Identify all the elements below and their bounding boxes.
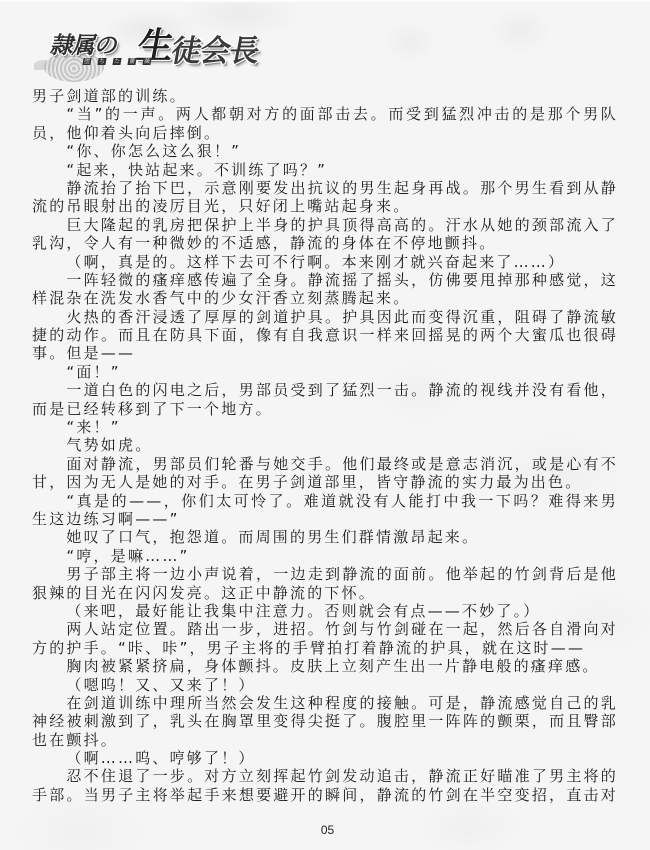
text-line: 手部。当男子主将举起手来想要避开的瞬间，静流的竹剑在半空变招，直击对 <box>32 786 618 804</box>
text-line: （来吧，最好能让我集中注意力。否则就会有点——不妙了。） <box>32 602 618 620</box>
paragraph: “你、你怎么这么狠！” <box>32 142 618 160</box>
logo-subtitle-char: 薇 <box>142 58 151 65</box>
text-line: “你、你怎么这么狠！” <box>32 142 618 160</box>
text-line: 气势如虎。 <box>32 436 618 454</box>
logo-title-part-3: 徒会長 <box>168 26 263 70</box>
text-line: 胸肉被紧紧挤扁，身体颤抖。皮肤上立刻产生出一片静电般的瘙痒感。 <box>32 657 618 675</box>
text-line: 员，他仰着头向后摔倒。 <box>32 124 618 142</box>
text-line: 巨大隆起的乳房把保护上半身的护具顶得高高的。汗水从她的颈部流入了 <box>32 216 618 234</box>
paragraph: 两人站定位置。踏出一步，进招。竹剑与竹剑碰在一起，然后各自滑向对方的护手。“咔、… <box>32 620 618 657</box>
logo-subtitle: 堕 ち た 薔 薇 <box>83 58 151 65</box>
text-line: （啊，真是的。这样下去可不行啊。本来刚才就兴奋起来了……） <box>32 253 618 271</box>
paragraph: 男子部主将一边小声说着，一边走到静流的面前。他举起的竹剑背后是他狠辣的目光在闪闪… <box>32 565 618 602</box>
text-line: 流的吊眼射出的凌厉目光，只好闭上嘴站起身来。 <box>32 197 618 215</box>
logo-subtitle-char: ち <box>97 58 106 65</box>
paragraph: （啊，真是的。这样下去可不行啊。本来刚才就兴奋起来了……） <box>32 253 618 271</box>
body-text: 男子剑道部的训练。“当”的一声。两人都朝对方的面部击去。而受到猛烈冲击的是那个男… <box>32 87 618 804</box>
paragraph: 一道白色的闪电之后，男部员受到了猛烈一击。静流的视线并没有看他，而是已经转移到了… <box>32 381 618 418</box>
text-line: 甘，因为无人是她的对手。在男子剑道部里，皆守静流的实力最为出色。 <box>32 473 618 491</box>
paragraph: （来吧，最好能让我集中注意力。否则就会有点——不妙了。） <box>32 602 618 620</box>
paragraph: 男子剑道部的训练。 <box>32 87 618 105</box>
text-line: 一阵轻微的瘙痒感传遍了全身。静流摇了摇头，仿佛要甩掉那种感觉，这 <box>32 271 618 289</box>
text-line: 狠辣的目光在闪闪发亮。这正中静流的下怀。 <box>32 584 618 602</box>
logo-subtitle-char: 堕 <box>82 58 91 65</box>
text-line: “真是的——，你们太可怜了。难道就没有人能打中我一下吗？难得来男 <box>32 492 618 510</box>
text-line: “来！” <box>32 418 618 436</box>
text-line: 事。但是—— <box>32 344 618 362</box>
text-line: “起来，快站起来。不训练了吗？” <box>32 161 618 179</box>
paragraph: “来！” <box>32 418 618 436</box>
text-line: 乳沟，令人有一种微妙的不适感，静流的身体在不停地颤抖。 <box>32 234 618 252</box>
paragraph: “哼，是嘛……” <box>32 547 618 565</box>
text-line: 方的护手。“咔、咔”，男子主将的手臂拍打着静流的护具，就在这时—— <box>32 639 618 657</box>
text-line: 静流抬了抬下巴，示意刚要发出抗议的男生起身再战。那个男生看到从静 <box>32 179 618 197</box>
text-line: 神经被刺激到了，乳头在胸罩里变得尖挺了。腹腔里一阵阵的颤栗，而且臀部 <box>32 712 618 730</box>
text-line: （嗯呜！又、又来了！） <box>32 676 618 694</box>
text-line: 男子部主将一边小声说着，一边走到静流的面前。他举起的竹剑背后是他 <box>32 565 618 583</box>
text-line: （啊……呜、哼够了！） <box>32 749 618 767</box>
paragraph: 在剑道训练中理所当然会发生这种程度的接触。可是，静流感觉自己的乳神经被刺激到了，… <box>32 694 618 749</box>
text-line: 两人站定位置。踏出一步，进招。竹剑与竹剑碰在一起，然后各自滑向对 <box>32 620 618 638</box>
paragraph: 面对静流，男部员们轮番与她交手。他们最终或是意志消沉，或是心有不甘，因为无人是她… <box>32 455 618 492</box>
paragraph: （啊……呜、哼够了！） <box>32 749 618 767</box>
title-logo: 隷属の 生 徒会長 堕 ち た 薔 薇 <box>30 16 290 82</box>
paragraph: 静流抬了抬下巴，示意刚要发出抗议的男生起身再战。那个男生看到从静流的吊眼射出的凌… <box>32 179 618 216</box>
paragraph: 她叹了口气，抱怨道。而周围的男生们群情激昂起来。 <box>32 528 618 546</box>
text-line: 在剑道训练中理所当然会发生这种程度的接触。可是，静流感觉自己的乳 <box>32 694 618 712</box>
paragraph: 巨大隆起的乳房把保护上半身的护具顶得高高的。汗水从她的颈部流入了乳沟，令人有一种… <box>32 216 618 253</box>
paragraph: 一阵轻微的瘙痒感传遍了全身。静流摇了摇头，仿佛要甩掉那种感觉，这样混杂在洗发水香… <box>32 271 618 308</box>
paragraph: “当”的一声。两人都朝对方的面部击去。而受到猛烈冲击的是那个男队员，他仰着头向后… <box>32 105 618 142</box>
text-line: 她叹了口气，抱怨道。而周围的男生们群情激昂起来。 <box>32 528 618 546</box>
text-line: 火热的香汗浸透了厚厚的剑道护具。护具因此而变得沉重，阻碍了静流敏 <box>32 308 618 326</box>
text-line: “当”的一声。两人都朝对方的面部击去。而受到猛烈冲击的是那个男队 <box>32 105 618 123</box>
paragraph: 气势如虎。 <box>32 436 618 454</box>
paragraph: 胸肉被紧紧挤扁，身体颤抖。皮肤上立刻产生出一片静电般的瘙痒感。 <box>32 657 618 675</box>
paragraph: “真是的——，你们太可怜了。难道就没有人能打中我一下吗？难得来男生这边练习啊——… <box>32 492 618 529</box>
text-line: “哼，是嘛……” <box>32 547 618 565</box>
page-number: 05 <box>0 823 650 837</box>
paragraph: “面！” <box>32 363 618 381</box>
text-line: 样混杂在洗发水香气中的少女汗香立刻蒸腾起来。 <box>32 289 618 307</box>
text-line: 捷的动作。而且在防具下面，像有自我意识一样来回摇晃的两个大蜜瓜也很碍 <box>32 326 618 344</box>
paragraph: “起来，快站起来。不训练了吗？” <box>32 161 618 179</box>
logo-subtitle-char: た <box>112 58 121 65</box>
text-line: 面对静流，男部员们轮番与她交手。他们最终或是意志消沉，或是心有不 <box>32 455 618 473</box>
text-line: 一道白色的闪电之后，男部员受到了猛烈一击。静流的视线并没有看他， <box>32 381 618 399</box>
text-line: 忍不住退了一步。对方立刻挥起竹剑发动追击，静流正好瞄准了男主将的 <box>32 767 618 785</box>
text-line: 而是已经转移到了下一个地方。 <box>32 400 618 418</box>
book-page: 隷属の 生 徒会長 堕 ち た 薔 薇 男子剑道部的训练。“当”的一声。两人都朝… <box>0 0 650 850</box>
logo-title-part-1: 隷属の <box>48 27 122 60</box>
paragraph: （嗯呜！又、又来了！） <box>32 676 618 694</box>
paragraph: 忍不住退了一步。对方立刻挥起竹剑发动追击，静流正好瞄准了男主将的手部。当男子主将… <box>32 767 618 804</box>
text-line: 也在颤抖。 <box>32 731 618 749</box>
paragraph: 火热的香汗浸透了厚厚的剑道护具。护具因此而变得沉重，阻碍了静流敏捷的动作。而且在… <box>32 308 618 363</box>
text-line: 男子剑道部的训练。 <box>32 87 618 105</box>
text-line: “面！” <box>32 363 618 381</box>
logo-subtitle-char: 薔 <box>127 58 136 65</box>
text-line: 生这边练习啊——” <box>32 510 618 528</box>
